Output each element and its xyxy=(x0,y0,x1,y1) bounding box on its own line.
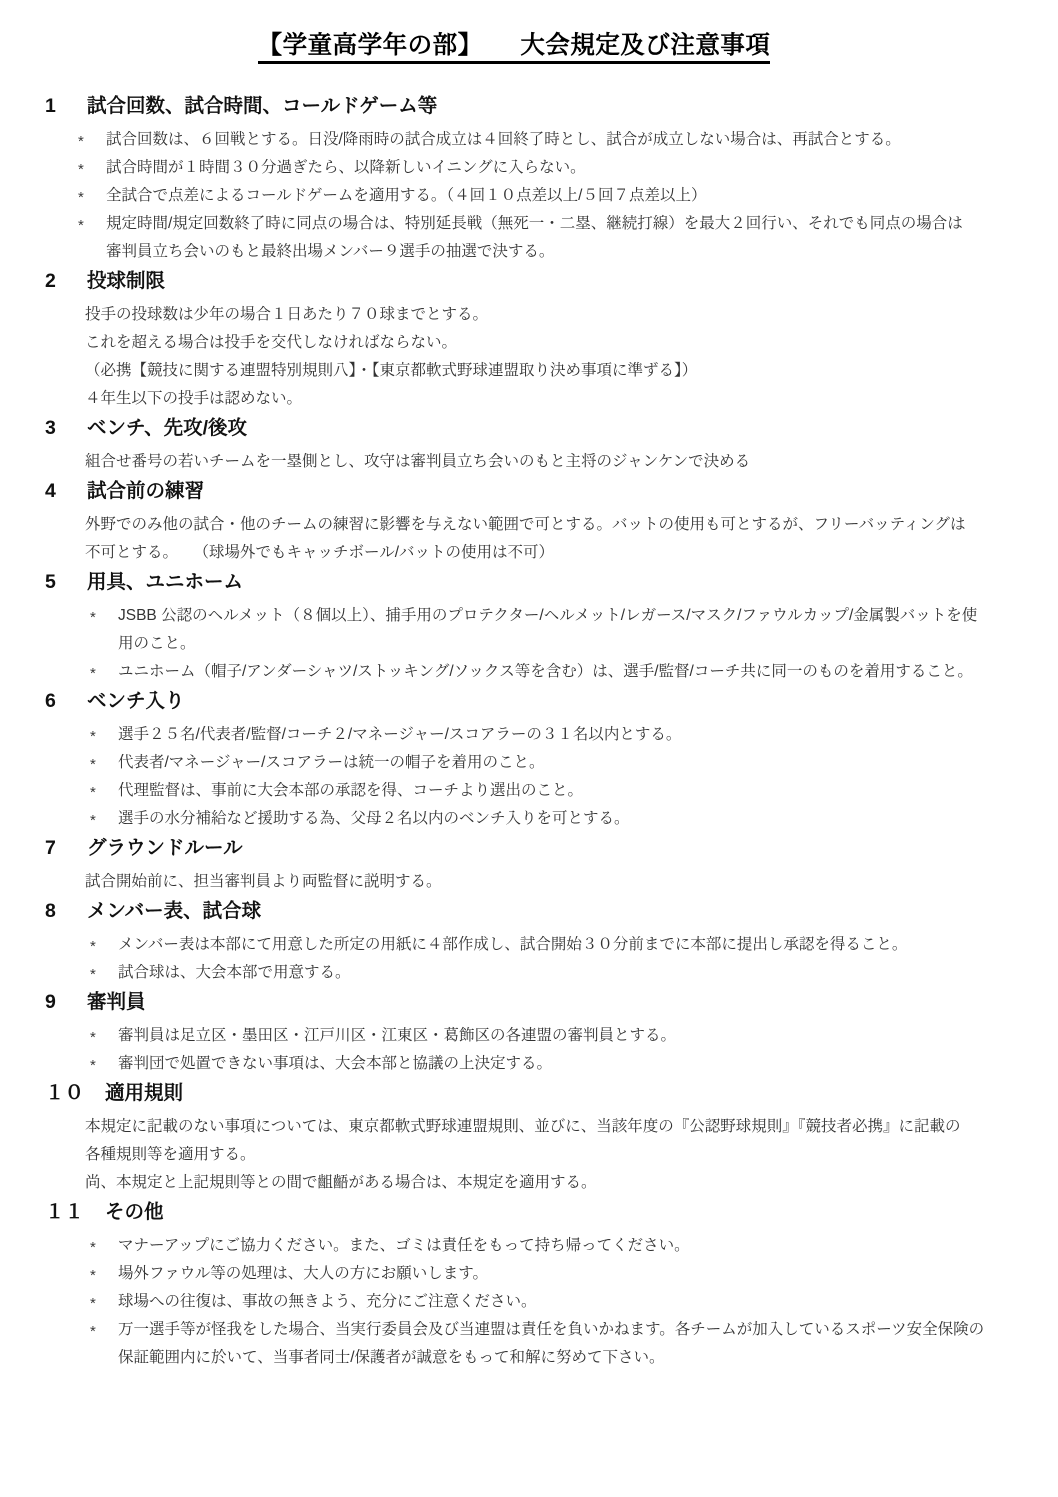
section-heading: １０適用規則 xyxy=(0,1081,1028,1105)
rule-line: 保証範囲内に於いて、当事者同士/保護者が誠意をもって和解に努めて下さい。 xyxy=(118,1344,1028,1372)
page-title-text: 【学童高学年の部】 大会規定及び注意事項 xyxy=(258,32,771,64)
rule-line: 不可とする。 （球場外でもキャッチボール/バットの使用は不可） xyxy=(85,539,1028,567)
asterisk-bullet-icon: * xyxy=(90,961,118,989)
asterisk-bullet-icon: * xyxy=(90,723,118,751)
asterisk-bullet-icon: * xyxy=(78,184,106,212)
asterisk-bullet-icon: * xyxy=(78,156,106,184)
asterisk-bullet-icon: * xyxy=(90,1052,118,1080)
rule-bullet: *試合球は、大会本部で用意する。 xyxy=(0,959,1028,987)
section: １０適用規則本規定に記載のない事項については、東京都軟式野球連盟規則、並びに、当… xyxy=(0,1081,1028,1197)
asterisk-bullet-icon: * xyxy=(78,128,106,156)
rule-bullet: *場外ファウル等の処理は、大人の方にお願いします。 xyxy=(0,1260,1028,1288)
section-number: 1 xyxy=(45,94,87,118)
rule-line: メンバー表は本部にて用意した所定の用紙に４部作成し、試合開始３０分前までに本部に… xyxy=(118,931,1028,959)
rule-line: 試合回数は、６回戦とする。日没/降雨時の試合成立は４回終了時とし、試合が成立しな… xyxy=(106,126,1028,154)
rule-line: 組合せ番号の若いチームを一塁側とし、攻守は審判員立ち会いのもと主将のジャンケンで… xyxy=(85,448,1028,476)
rule-line: （必携【競技に関する連盟特別規則八】・【東京都軟式野球連盟取り決め事項に準ずる】… xyxy=(85,357,1028,385)
asterisk-bullet-icon: * xyxy=(90,933,118,961)
section-title: その他 xyxy=(105,1200,164,1224)
section-title: メンバー表、試合球 xyxy=(87,899,261,923)
section-heading: 9審判員 xyxy=(0,990,1028,1014)
rule-lines: 試合時間が１時間３０分過ぎたら、以降新しいイニングに入らない。 xyxy=(106,154,1028,182)
asterisk-bullet-icon: * xyxy=(90,1318,118,1374)
rule-text: 試合開始前に、担当審判員より両監督に説明する。 xyxy=(0,868,1028,896)
section-heading: 3ベンチ、先攻/後攻 xyxy=(0,416,1028,440)
section: 3ベンチ、先攻/後攻組合せ番号の若いチームを一塁側とし、攻守は審判員立ち会いのも… xyxy=(0,416,1028,476)
section: 2投球制限投手の投球数は少年の場合１日あたり７０球までとする。これを超える場合は… xyxy=(0,269,1028,413)
section-number: 4 xyxy=(45,479,87,503)
rule-bullet: *規定時間/規定回数終了時に同点の場合は、特別延長戦（無死一・二塁、継続打線）を… xyxy=(0,210,1028,266)
rule-line: 投手の投球数は少年の場合１日あたり７０球までとする。 xyxy=(85,301,1028,329)
section-number: 6 xyxy=(45,689,87,713)
rule-bullet: *JSBB 公認のヘルメット（８個以上）、捕手用のプロテクター/ヘルメット/レガ… xyxy=(0,602,1028,658)
asterisk-bullet-icon: * xyxy=(90,1262,118,1290)
rule-line: 審判員立ち会いのもと最終出場メンバー９選手の抽選で決する。 xyxy=(106,238,1028,266)
section-heading: 1試合回数、試合時間、コールドゲーム等 xyxy=(0,94,1028,118)
rule-lines: 球場への往復は、事故の無きよう、充分にご注意ください。 xyxy=(118,1288,1028,1316)
rule-bullet: *球場への往復は、事故の無きよう、充分にご注意ください。 xyxy=(0,1288,1028,1316)
section-heading: 4試合前の練習 xyxy=(0,479,1028,503)
section: 4試合前の練習外野でのみ他の試合・他のチームの練習に影響を与えない範囲で可とする… xyxy=(0,479,1028,567)
asterisk-bullet-icon: * xyxy=(78,212,106,268)
rule-lines: 審判団で処置できない事項は、大会本部と協議の上決定する。 xyxy=(118,1050,1028,1078)
rule-lines: 代表者/マネージャー/スコアラーは統一の帽子を着用のこと。 xyxy=(118,749,1028,777)
rule-line: 本規定に記載のない事項については、東京都軟式野球連盟規則、並びに、当該年度の『公… xyxy=(85,1113,1028,1141)
rule-line: マナーアップにご協力ください。また、ゴミは責任をもって持ち帰ってください。 xyxy=(118,1232,1028,1260)
section-number: 9 xyxy=(45,990,87,1014)
rule-bullet: *審判団で処置できない事項は、大会本部と協議の上決定する。 xyxy=(0,1050,1028,1078)
asterisk-bullet-icon: * xyxy=(90,751,118,779)
rule-bullet: *代表者/マネージャー/スコアラーは統一の帽子を着用のこと。 xyxy=(0,749,1028,777)
rule-lines: 全試合で点差によるコールドゲームを適用する。（４回１０点差以上/５回７点差以上） xyxy=(106,182,1028,210)
document-page: 【学童高学年の部】 大会規定及び注意事項 1試合回数、試合時間、コールドゲーム等… xyxy=(0,0,1058,1497)
section-title: 用具、ユニホーム xyxy=(87,570,243,594)
rule-line: 審判員は足立区・墨田区・江戸川区・江東区・葛飾区の各連盟の審判員とする。 xyxy=(118,1022,1028,1050)
page-title: 【学童高学年の部】 大会規定及び注意事項 xyxy=(0,26,1028,61)
section-number: 3 xyxy=(45,416,87,440)
rule-lines: 審判員は足立区・墨田区・江戸川区・江東区・葛飾区の各連盟の審判員とする。 xyxy=(118,1022,1028,1050)
rule-line: 審判団で処置できない事項は、大会本部と協議の上決定する。 xyxy=(118,1050,1028,1078)
section-number: １１ xyxy=(45,1200,105,1224)
asterisk-bullet-icon: * xyxy=(90,807,118,835)
rule-line: 用のこと。 xyxy=(118,630,1028,658)
rule-lines: 場外ファウル等の処理は、大人の方にお願いします。 xyxy=(118,1260,1028,1288)
asterisk-bullet-icon: * xyxy=(90,1024,118,1052)
rule-line: 試合時間が１時間３０分過ぎたら、以降新しいイニングに入らない。 xyxy=(106,154,1028,182)
rule-bullet: *万一選手等が怪我をした場合、当実行委員会及び当連盟は責任を負いかねます。各チー… xyxy=(0,1316,1028,1372)
section-number: 7 xyxy=(45,836,87,860)
section-title: 試合回数、試合時間、コールドゲーム等 xyxy=(87,94,437,118)
section: 9審判員*審判員は足立区・墨田区・江戸川区・江東区・葛飾区の各連盟の審判員とする… xyxy=(0,990,1028,1078)
rule-lines: 代理監督は、事前に大会本部の承認を得、コーチより選出のこと。 xyxy=(118,777,1028,805)
rule-line: 選手２５名/代表者/監督/コーチ２/マネージャー/スコアラーの３１名以内とする。 xyxy=(118,721,1028,749)
rule-lines: 選手２５名/代表者/監督/コーチ２/マネージャー/スコアラーの３１名以内とする。 xyxy=(118,721,1028,749)
rule-lines: メンバー表は本部にて用意した所定の用紙に４部作成し、試合開始３０分前までに本部に… xyxy=(118,931,1028,959)
section-title: ベンチ入り xyxy=(87,689,185,713)
section-number: 2 xyxy=(45,269,87,293)
rule-bullet: *マナーアップにご協力ください。また、ゴミは責任をもって持ち帰ってください。 xyxy=(0,1232,1028,1260)
rule-bullet: *試合時間が１時間３０分過ぎたら、以降新しいイニングに入らない。 xyxy=(0,154,1028,182)
section-title: 適用規則 xyxy=(105,1081,183,1105)
rule-bullet: *選手２５名/代表者/監督/コーチ２/マネージャー/スコアラーの３１名以内とする… xyxy=(0,721,1028,749)
rule-bullet: *選手の水分補給など援助する為、父母２名以内のベンチ入りを可とする。 xyxy=(0,805,1028,833)
section: １１その他*マナーアップにご協力ください。また、ゴミは責任をもって持ち帰ってくだ… xyxy=(0,1200,1028,1372)
rule-line: 試合球は、大会本部で用意する。 xyxy=(118,959,1028,987)
rule-text: ４年生以下の投手は認めない。 xyxy=(0,385,1028,413)
asterisk-bullet-icon: * xyxy=(90,1290,118,1318)
rule-line: 規定時間/規定回数終了時に同点の場合は、特別延長戦（無死一・二塁、継続打線）を最… xyxy=(106,210,1028,238)
rule-line: 場外ファウル等の処理は、大人の方にお願いします。 xyxy=(118,1260,1028,1288)
rule-text: （必携【競技に関する連盟特別規則八】・【東京都軟式野球連盟取り決め事項に準ずる】… xyxy=(0,357,1028,385)
rule-text: 組合せ番号の若いチームを一塁側とし、攻守は審判員立ち会いのもと主将のジャンケンで… xyxy=(0,448,1028,476)
rule-lines: 試合球は、大会本部で用意する。 xyxy=(118,959,1028,987)
asterisk-bullet-icon: * xyxy=(90,779,118,807)
rule-bullet: *試合回数は、６回戦とする。日没/降雨時の試合成立は４回終了時とし、試合が成立し… xyxy=(0,126,1028,154)
rule-text: 外野でのみ他の試合・他のチームの練習に影響を与えない範囲で可とする。バットの使用… xyxy=(0,511,1028,567)
rule-bullet: *メンバー表は本部にて用意した所定の用紙に４部作成し、試合開始３０分前までに本部… xyxy=(0,931,1028,959)
rule-line: JSBB 公認のヘルメット（８個以上）、捕手用のプロテクター/ヘルメット/レガー… xyxy=(118,602,1028,630)
rule-line: ４年生以下の投手は認めない。 xyxy=(85,385,1028,413)
section: 6ベンチ入り*選手２５名/代表者/監督/コーチ２/マネージャー/スコアラーの３１… xyxy=(0,689,1028,833)
rule-lines: 規定時間/規定回数終了時に同点の場合は、特別延長戦（無死一・二塁、継続打線）を最… xyxy=(106,210,1028,266)
rule-text: これを超える場合は投手を交代しなければならない。 xyxy=(0,329,1028,357)
rule-lines: ユニホーム（帽子/アンダーシャツ/ストッキング/ソックス等を含む）は、選手/監督… xyxy=(118,658,1028,686)
section: 1試合回数、試合時間、コールドゲーム等*試合回数は、６回戦とする。日没/降雨時の… xyxy=(0,94,1028,266)
section: 7グラウンドルール試合開始前に、担当審判員より両監督に説明する。 xyxy=(0,836,1028,896)
section: 5用具、ユニホーム*JSBB 公認のヘルメット（８個以上）、捕手用のプロテクター… xyxy=(0,570,1028,686)
rule-line: 万一選手等が怪我をした場合、当実行委員会及び当連盟は責任を負いかねます。各チーム… xyxy=(118,1316,1028,1344)
rule-bullet: *代理監督は、事前に大会本部の承認を得、コーチより選出のこと。 xyxy=(0,777,1028,805)
section-heading: １１その他 xyxy=(0,1200,1028,1224)
rule-line: 外野でのみ他の試合・他のチームの練習に影響を与えない範囲で可とする。バットの使用… xyxy=(85,511,1028,539)
rule-bullet: *ユニホーム（帽子/アンダーシャツ/ストッキング/ソックス等を含む）は、選手/監… xyxy=(0,658,1028,686)
section-heading: 6ベンチ入り xyxy=(0,689,1028,713)
sections: 1試合回数、試合時間、コールドゲーム等*試合回数は、６回戦とする。日没/降雨時の… xyxy=(0,94,1028,1372)
rule-line: 球場への往復は、事故の無きよう、充分にご注意ください。 xyxy=(118,1288,1028,1316)
section-number: 8 xyxy=(45,899,87,923)
section-title: グラウンドルール xyxy=(87,836,243,860)
section-number: １０ xyxy=(45,1081,105,1105)
section-title: 投球制限 xyxy=(87,269,165,293)
rule-line: これを超える場合は投手を交代しなければならない。 xyxy=(85,329,1028,357)
rule-line: 試合開始前に、担当審判員より両監督に説明する。 xyxy=(85,868,1028,896)
asterisk-bullet-icon: * xyxy=(90,660,118,688)
rule-line: 各種規則等を適用する。 xyxy=(85,1141,1028,1169)
rule-text: 投手の投球数は少年の場合１日あたり７０球までとする。 xyxy=(0,301,1028,329)
rule-line: 代理監督は、事前に大会本部の承認を得、コーチより選出のこと。 xyxy=(118,777,1028,805)
rule-lines: 選手の水分補給など援助する為、父母２名以内のベンチ入りを可とする。 xyxy=(118,805,1028,833)
rule-lines: 試合回数は、６回戦とする。日没/降雨時の試合成立は４回終了時とし、試合が成立しな… xyxy=(106,126,1028,154)
section-heading: 8メンバー表、試合球 xyxy=(0,899,1028,923)
rule-line: 全試合で点差によるコールドゲームを適用する。（４回１０点差以上/５回７点差以上） xyxy=(106,182,1028,210)
section-title: ベンチ、先攻/後攻 xyxy=(87,416,247,440)
asterisk-bullet-icon: * xyxy=(90,1234,118,1262)
section-heading: 7グラウンドルール xyxy=(0,836,1028,860)
rule-line: ユニホーム（帽子/アンダーシャツ/ストッキング/ソックス等を含む）は、選手/監督… xyxy=(118,658,1028,686)
rule-line: 選手の水分補給など援助する為、父母２名以内のベンチ入りを可とする。 xyxy=(118,805,1028,833)
rule-lines: JSBB 公認のヘルメット（８個以上）、捕手用のプロテクター/ヘルメット/レガー… xyxy=(118,602,1028,658)
section-number: 5 xyxy=(45,570,87,594)
rule-line: 尚、本規定と上記規則等との間で齟齬がある場合は、本規定を適用する。 xyxy=(85,1169,1028,1197)
rule-lines: マナーアップにご協力ください。また、ゴミは責任をもって持ち帰ってください。 xyxy=(118,1232,1028,1260)
rule-line: 代表者/マネージャー/スコアラーは統一の帽子を着用のこと。 xyxy=(118,749,1028,777)
section-title: 試合前の練習 xyxy=(87,479,204,503)
asterisk-bullet-icon: * xyxy=(90,604,118,660)
section-heading: 5用具、ユニホーム xyxy=(0,570,1028,594)
rule-text: 本規定に記載のない事項については、東京都軟式野球連盟規則、並びに、当該年度の『公… xyxy=(0,1113,1028,1169)
rule-bullet: *審判員は足立区・墨田区・江戸川区・江東区・葛飾区の各連盟の審判員とする。 xyxy=(0,1022,1028,1050)
section-heading: 2投球制限 xyxy=(0,269,1028,293)
rule-lines: 万一選手等が怪我をした場合、当実行委員会及び当連盟は責任を負いかねます。各チーム… xyxy=(118,1316,1028,1372)
rule-bullet: *全試合で点差によるコールドゲームを適用する。（４回１０点差以上/５回７点差以上… xyxy=(0,182,1028,210)
section: 8メンバー表、試合球*メンバー表は本部にて用意した所定の用紙に４部作成し、試合開… xyxy=(0,899,1028,987)
section-title: 審判員 xyxy=(87,990,146,1014)
rule-text: 尚、本規定と上記規則等との間で齟齬がある場合は、本規定を適用する。 xyxy=(0,1169,1028,1197)
